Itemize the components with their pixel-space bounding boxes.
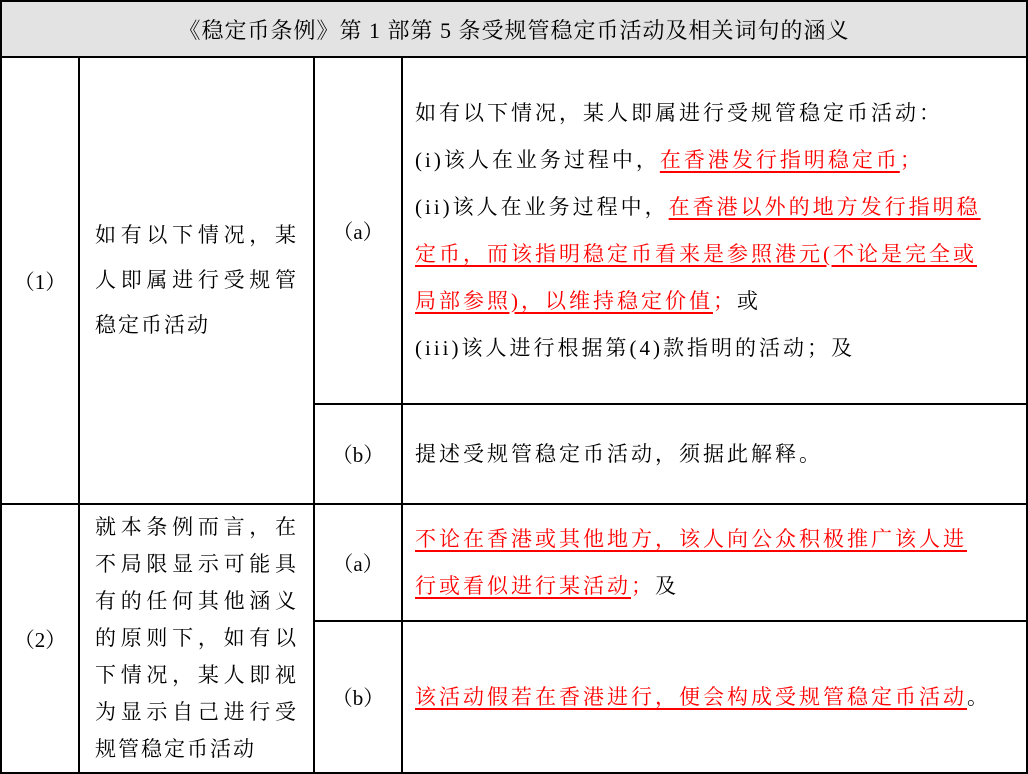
row-2-subrows: （a） 不论在香港或其他地方，该人向公众积极推广该人进行或看似进行某活动；及 （… [315, 505, 1026, 772]
row-1-subrows: （a） 如有以下情况，某人即属进行受规管稳定币活动：(i)该人在业务过程中，在香… [315, 58, 1026, 503]
row-1a-content-text: 如有以下情况，某人即属进行受规管稳定币活动：(i)该人在业务过程中，在香港发行指… [415, 90, 1012, 372]
table-title: 《稳定币条例》第 1 部第 5 条受规管稳定币活动及相关词句的涵义 [2, 2, 1026, 58]
stablecoin-ordinance-table: 《稳定币条例》第 1 部第 5 条受规管稳定币活动及相关词句的涵义 （1） 如有… [0, 0, 1028, 774]
row-1b-label-cell: （b） [315, 405, 403, 503]
row-2b: （b） 该活动假若在香港进行，便会构成受规管稳定币活动。 [315, 622, 1026, 772]
row-2a: （a） 不论在香港或其他地方，该人向公众积极推广该人进行或看似进行某活动；及 [315, 505, 1026, 622]
row-1b-content-cell: 提述受规管稳定币活动，须据此解释。 [403, 405, 1026, 503]
row-2-number-cell: （2） [2, 505, 80, 772]
row-1b-content-text: 提述受规管稳定币活动，须据此解释。 [415, 431, 1012, 478]
row-2-description-cell: 就本条例而言，在不局限显示可能具有的任何其他涵义的原则下，如有以下情况，某人即视… [80, 505, 315, 772]
table-row-1: （1） 如有以下情况，某人即属进行受规管稳定币活动 （a） 如有以下情况，某人即… [2, 58, 1026, 505]
row-2a-content-cell: 不论在香港或其他地方，该人向公众积极推广该人进行或看似进行某活动；及 [403, 505, 1026, 620]
row-1a-label-cell: （a） [315, 58, 403, 403]
row-1b: （b） 提述受规管稳定币活动，须据此解释。 [315, 405, 1026, 503]
row-2b-label-cell: （b） [315, 622, 403, 772]
row-1-description-cell: 如有以下情况，某人即属进行受规管稳定币活动 [80, 58, 315, 503]
row-2b-content-text: 该活动假若在香港进行，便会构成受规管稳定币活动。 [415, 674, 1012, 721]
table-row-2: （2） 就本条例而言，在不局限显示可能具有的任何其他涵义的原则下，如有以下情况，… [2, 505, 1026, 772]
row-1-description-text: 如有以下情况，某人即属进行受规管稳定币活动 [95, 213, 298, 348]
row-2a-label-cell: （a） [315, 505, 403, 620]
table-body: （1） 如有以下情况，某人即属进行受规管稳定币活动 （a） 如有以下情况，某人即… [2, 58, 1026, 772]
row-2a-content-text: 不论在香港或其他地方，该人向公众积极推广该人进行或看似进行某活动；及 [415, 516, 1012, 610]
row-1a-content-cell: 如有以下情况，某人即属进行受规管稳定币活动：(i)该人在业务过程中，在香港发行指… [403, 58, 1026, 403]
row-2b-content-cell: 该活动假若在香港进行，便会构成受规管稳定币活动。 [403, 622, 1026, 772]
row-1a: （a） 如有以下情况，某人即属进行受规管稳定币活动：(i)该人在业务过程中，在香… [315, 58, 1026, 405]
row-1-number-cell: （1） [2, 58, 80, 503]
row-2-description-text: 就本条例而言，在不局限显示可能具有的任何其他涵义的原则下，如有以下情况，某人即视… [95, 509, 298, 768]
